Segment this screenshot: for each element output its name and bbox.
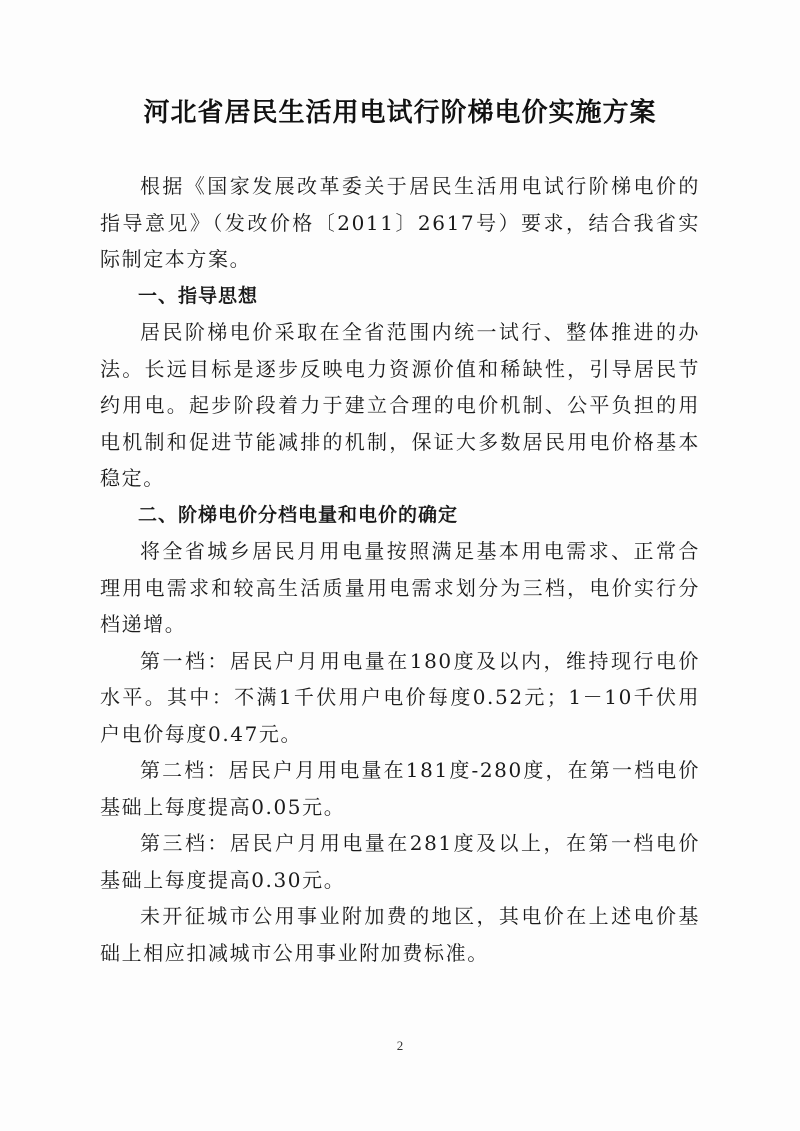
document-title: 河北省居民生活用电试行阶梯电价实施方案 <box>0 92 800 129</box>
section-heading-tier-determination: 二、阶梯电价分档电量和电价的确定 <box>100 497 700 534</box>
tier-two-paragraph: 第二档：居民户月用电量在181度-280度，在第一档电价基础上每度提高0.05元… <box>100 752 700 825</box>
tier-one-paragraph: 第一档：居民户月用电量在180度及以内，维持现行电价水平。其中：不满1千伏用户电… <box>100 643 700 753</box>
tier-overview-paragraph: 将全省城乡居民月用电量按照满足基本用电需求、正常合理用电需求和较高生活质量用电需… <box>100 533 700 643</box>
intro-paragraph: 根据《国家发展改革委关于居民生活用电试行阶梯电价的指导意见》（发改价格〔2011… <box>100 168 700 278</box>
tier-three-paragraph: 第三档：居民户月用电量在281度及以上，在第一档电价基础上每度提高0.30元。 <box>100 825 700 898</box>
document-body: 根据《国家发展改革委关于居民生活用电试行阶梯电价的指导意见》（发改价格〔2011… <box>100 168 700 971</box>
section-heading-guiding-ideology: 一、指导思想 <box>100 278 700 315</box>
guiding-ideology-paragraph: 居民阶梯电价采取在全省范围内统一试行、整体推进的办法。长远目标是逐步反映电力资源… <box>100 314 700 497</box>
page-number: 2 <box>0 1038 800 1054</box>
document-page: 河北省居民生活用电试行阶梯电价实施方案 根据《国家发展改革委关于居民生活用电试行… <box>0 0 800 1131</box>
surcharge-paragraph: 未开征城市公用事业附加费的地区，其电价在上述电价基础上相应扣减城市公用事业附加费… <box>100 898 700 971</box>
